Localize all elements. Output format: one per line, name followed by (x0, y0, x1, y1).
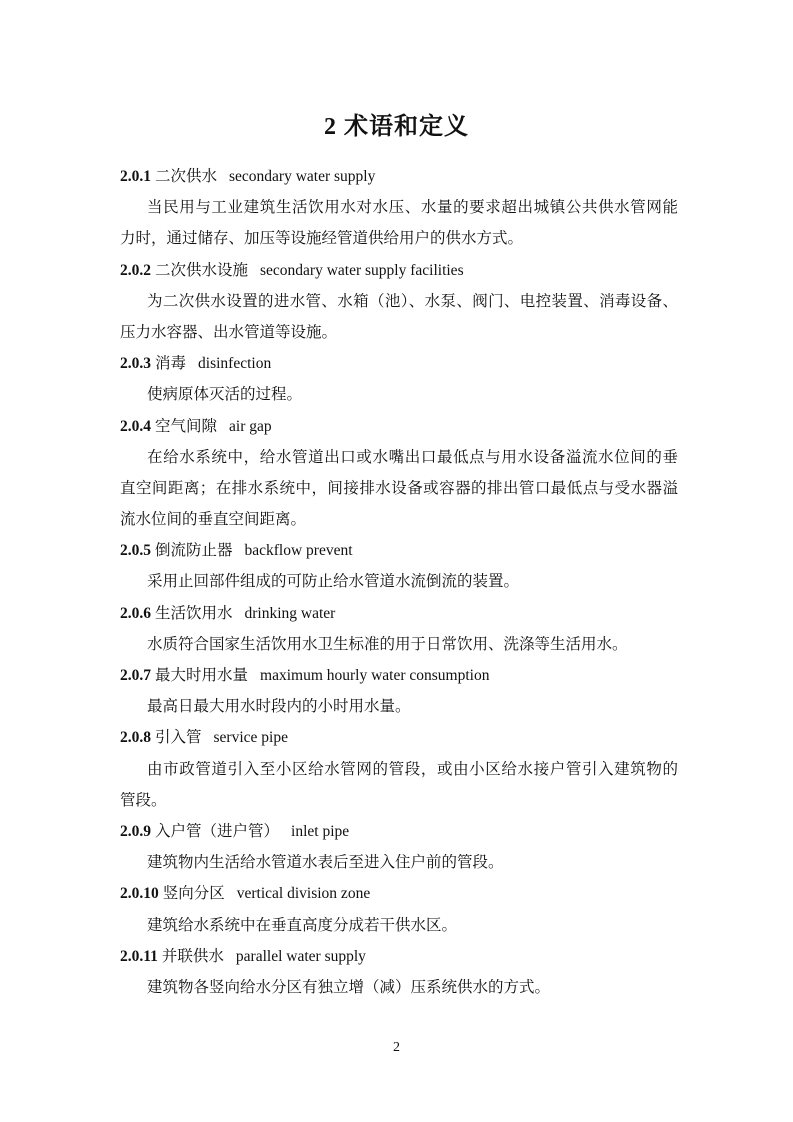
term-english: service pipe (214, 729, 288, 746)
term-chinese: 二次供水 (155, 168, 217, 185)
term-chinese: 消毒 (155, 355, 186, 372)
term-english: backflow prevent (245, 542, 353, 559)
term-chinese: 并联供水 (162, 948, 224, 965)
definition-line: 流水位间的垂直空间距离。 (120, 504, 678, 535)
term-chinese: 生活饮用水 (155, 605, 233, 622)
term-entry: 2.0.5倒流防止器backflow prevent采用止回部件组成的可防止给水… (120, 535, 678, 597)
term-heading: 2.0.1二次供水secondary water supply (120, 161, 678, 192)
definition-line: 建筑物各竖向给水分区有独立增（减）压系统供水的方式。 (120, 972, 678, 1003)
term-number: 2.0.7 (120, 667, 151, 684)
term-chinese: 入户管（进户管） (155, 823, 279, 840)
term-entry: 2.0.11并联供水parallel water supply建筑物各竖向给水分… (120, 941, 678, 1003)
term-number: 2.0.10 (120, 885, 159, 902)
definition-line: 管段。 (120, 785, 678, 816)
term-heading: 2.0.6生活饮用水drinking water (120, 598, 678, 629)
term-english: maximum hourly water consumption (260, 667, 489, 684)
definition-line: 压力水容器、出水管道等设施。 (120, 317, 678, 348)
definition-line: 水质符合国家生活饮用水卫生标准的用于日常饮用、洗涤等生活用水。 (120, 629, 678, 660)
definition-line: 最高日最大用水时段内的小时用水量。 (120, 691, 678, 722)
term-number: 2.0.6 (120, 605, 151, 622)
term-heading: 2.0.7最大时用水量maximum hourly water consumpt… (120, 660, 678, 691)
term-entry: 2.0.3消毒disinfection使病原体灭活的过程。 (120, 348, 678, 410)
term-chinese: 最大时用水量 (155, 667, 248, 684)
term-chinese: 二次供水设施 (155, 262, 248, 279)
term-english: drinking water (245, 605, 336, 622)
term-entry: 2.0.1二次供水secondary water supply当民用与工业建筑生… (120, 161, 678, 255)
term-number: 2.0.5 (120, 542, 151, 559)
term-number: 2.0.1 (120, 168, 151, 185)
term-chinese: 引入管 (155, 729, 202, 746)
term-number: 2.0.4 (120, 418, 151, 435)
term-english: vertical division zone (237, 885, 370, 902)
term-number: 2.0.3 (120, 355, 151, 372)
term-english: secondary water supply (229, 168, 375, 185)
term-number: 2.0.8 (120, 729, 151, 746)
term-heading: 2.0.10竖向分区vertical division zone (120, 878, 678, 909)
term-english: parallel water supply (236, 948, 366, 965)
term-heading: 2.0.2二次供水设施secondary water supply facili… (120, 255, 678, 286)
term-heading: 2.0.5倒流防止器backflow prevent (120, 535, 678, 566)
definition-line: 力时，通过储存、加压等设施经管道供给用户的供水方式。 (120, 223, 678, 254)
page-title: 2 术语和定义 (0, 112, 793, 142)
term-heading: 2.0.11并联供水parallel water supply (120, 941, 678, 972)
definition-line: 当民用与工业建筑生活饮用水对水压、水量的要求超出城镇公共供水管网能 (120, 192, 678, 223)
term-chinese: 倒流防止器 (155, 542, 233, 559)
term-chinese: 空气间隙 (155, 418, 217, 435)
term-heading: 2.0.4空气间隙air gap (120, 411, 678, 442)
definition-line: 使病原体灭活的过程。 (120, 379, 678, 410)
term-english: secondary water supply facilities (260, 262, 464, 279)
term-entry: 2.0.4空气间隙air gap在给水系统中，给水管道出口或水嘴出口最低点与用水… (120, 411, 678, 536)
page-number: 2 (0, 1038, 793, 1058)
term-entry: 2.0.9入户管（进户管）inlet pipe建筑物内生活给水管道水表后至进入住… (120, 816, 678, 878)
term-english: disinfection (198, 355, 271, 372)
definition-line: 直空间距离；在排水系统中，间接排水设备或容器的排出管口最低点与受水器溢 (120, 473, 678, 504)
terms-list: 2.0.1二次供水secondary water supply当民用与工业建筑生… (120, 161, 678, 1003)
definition-line: 采用止回部件组成的可防止给水管道水流倒流的装置。 (120, 566, 678, 597)
definition-line: 由市政管道引入至小区给水管网的管段，或由小区给水接户管引入建筑物的 (120, 754, 678, 785)
term-entry: 2.0.7最大时用水量maximum hourly water consumpt… (120, 660, 678, 722)
term-english: inlet pipe (291, 823, 349, 840)
term-heading: 2.0.3消毒disinfection (120, 348, 678, 379)
term-entry: 2.0.8引入管service pipe由市政管道引入至小区给水管网的管段，或由… (120, 722, 678, 816)
term-chinese: 竖向分区 (163, 885, 225, 902)
definition-line: 为二次供水设置的进水管、水箱（池）、水泵、阀门、电控装置、消毒设备、 (120, 286, 678, 317)
term-number: 2.0.9 (120, 823, 151, 840)
term-heading: 2.0.9入户管（进户管）inlet pipe (120, 816, 678, 847)
term-number: 2.0.2 (120, 262, 151, 279)
term-entry: 2.0.2二次供水设施secondary water supply facili… (120, 255, 678, 349)
definition-line: 在给水系统中，给水管道出口或水嘴出口最低点与用水设备溢流水位间的垂 (120, 442, 678, 473)
term-number: 2.0.11 (120, 948, 158, 965)
definition-line: 建筑物内生活给水管道水表后至进入住户前的管段。 (120, 847, 678, 878)
term-heading: 2.0.8引入管service pipe (120, 722, 678, 753)
term-entry: 2.0.10竖向分区vertical division zone建筑给水系统中在… (120, 878, 678, 940)
term-entry: 2.0.6生活饮用水drinking water水质符合国家生活饮用水卫生标准的… (120, 598, 678, 660)
definition-line: 建筑给水系统中在垂直高度分成若干供水区。 (120, 910, 678, 941)
term-english: air gap (229, 418, 272, 435)
